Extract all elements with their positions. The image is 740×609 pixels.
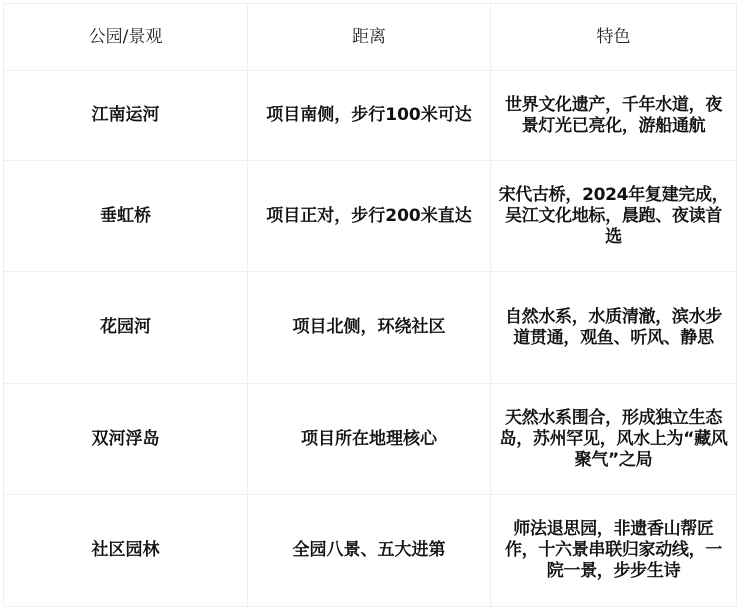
table-row: 社区园林 全园八景、五大进第 师法退思园，非遗香山帮匠作，十六景串联归家动线，一… — [4, 495, 737, 607]
distance-cell: 项目北侧，环绕社区 — [248, 272, 491, 384]
header-park-landscape: 公园/景观 — [4, 4, 248, 71]
distance-cell: 项目所在地理核心 — [248, 384, 491, 495]
park-name-cell: 花园河 — [4, 272, 248, 384]
feature-cell: 天然水系围合，形成独立生态岛，苏州罕见，风水上为“藏风聚气”之局 — [491, 384, 737, 495]
feature-cell: 世界文化遗产，千年水道，夜景灯光已亮化，游船通航 — [491, 71, 737, 161]
feature-cell: 宋代古桥，2024年复建完成，吴江文化地标，晨跑、夜读首选 — [491, 161, 737, 272]
header-distance: 距离 — [248, 4, 491, 71]
distance-cell: 项目正对，步行200米直达 — [248, 161, 491, 272]
park-name-cell: 双河浮岛 — [4, 384, 248, 495]
distance-cell: 全园八景、五大进第 — [248, 495, 491, 607]
table-row: 花园河 项目北侧，环绕社区 自然水系，水质清澈，滨水步道贯通，观鱼、听风、静思 — [4, 272, 737, 384]
park-name-cell: 江南运河 — [4, 71, 248, 161]
feature-cell: 自然水系，水质清澈，滨水步道贯通，观鱼、听风、静思 — [491, 272, 737, 384]
header-features: 特色 — [491, 4, 737, 71]
park-name-cell: 垂虹桥 — [4, 161, 248, 272]
park-name-cell: 社区园林 — [4, 495, 248, 607]
parks-landscape-table: 公园/景观 距离 特色 江南运河 项目南侧，步行100米可达 世界文化遗产，千年… — [3, 3, 737, 607]
feature-cell: 师法退思园，非遗香山帮匠作，十六景串联归家动线，一院一景，步步生诗 — [491, 495, 737, 607]
distance-cell: 项目南侧，步行100米可达 — [248, 71, 491, 161]
table-row: 双河浮岛 项目所在地理核心 天然水系围合，形成独立生态岛，苏州罕见，风水上为“藏… — [4, 384, 737, 495]
table-row: 江南运河 项目南侧，步行100米可达 世界文化遗产，千年水道，夜景灯光已亮化，游… — [4, 71, 737, 161]
table-row: 垂虹桥 项目正对，步行200米直达 宋代古桥，2024年复建完成，吴江文化地标，… — [4, 161, 737, 272]
table-header-row: 公园/景观 距离 特色 — [4, 4, 737, 71]
